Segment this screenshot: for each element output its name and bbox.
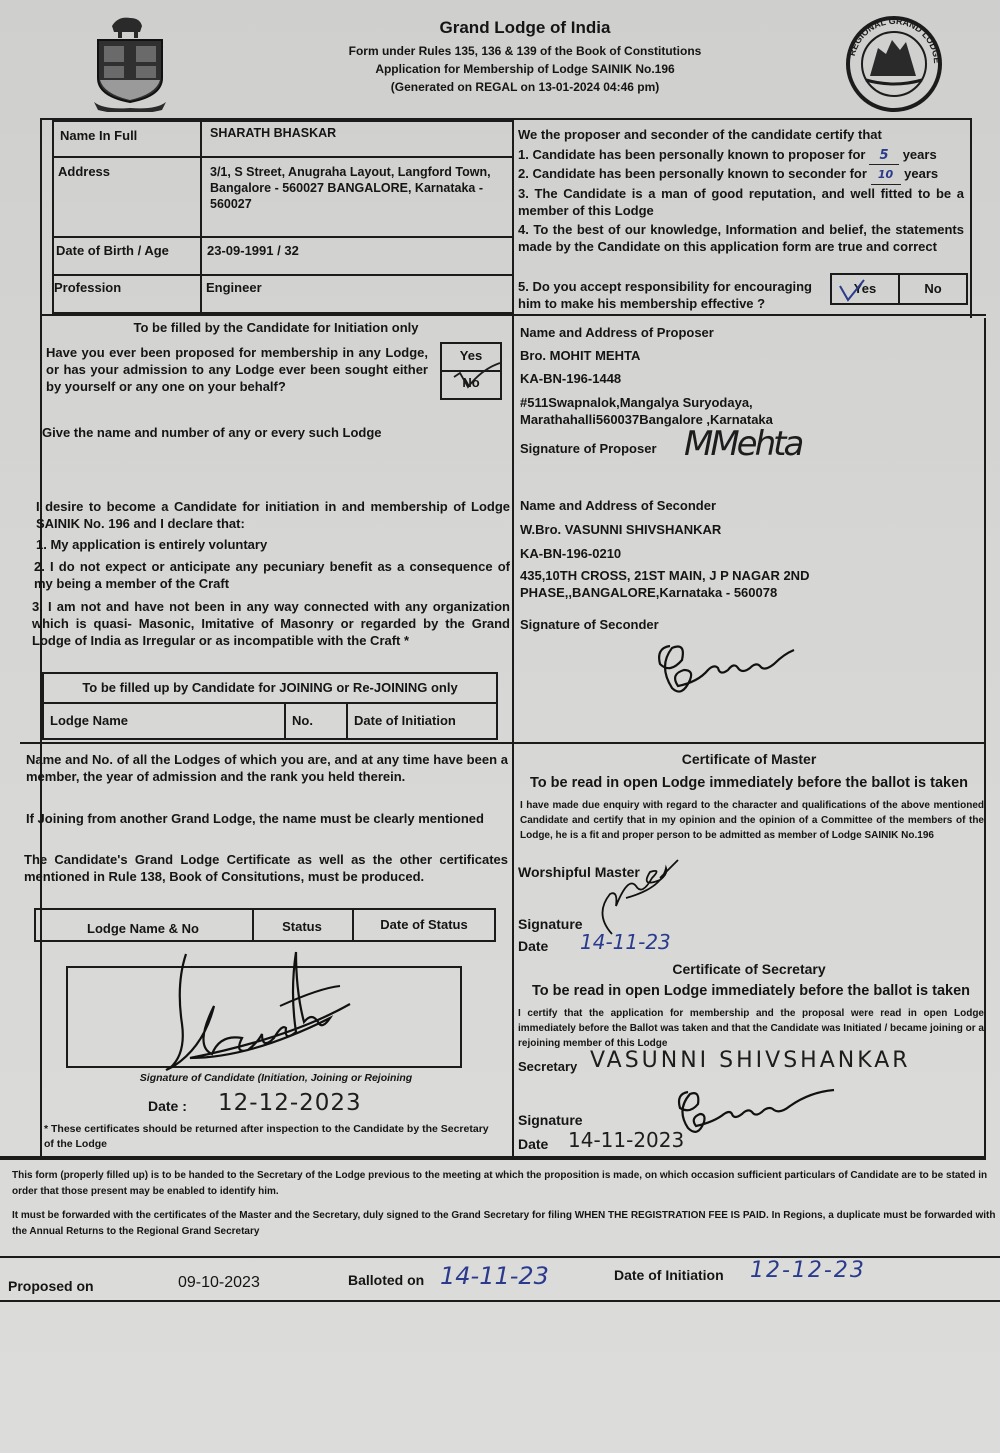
frame-right-border-top xyxy=(970,118,972,318)
name-value: SHARATH BHASKAR xyxy=(210,126,336,140)
seconder-id: KA-BN-196-0210 xyxy=(520,545,621,562)
responsibility-no-option[interactable]: No xyxy=(900,276,966,302)
candidate-signature-caption: Signature of Candidate (Initiation, Join… xyxy=(40,1072,512,1084)
bottom-section-divider xyxy=(0,1156,986,1160)
certify-item-3: 3. The Candidate is a man of good reputa… xyxy=(518,185,964,219)
declaration-intro: I desire to become a Candidate for initi… xyxy=(36,498,510,532)
certify-item-2-suffix: years xyxy=(904,166,938,181)
form-generated-line: (Generated on REGAL on 13-01-2024 04:46 … xyxy=(300,78,750,96)
secretary-cert-body: I certify that the application for membe… xyxy=(518,1006,984,1051)
profession-label: Profession xyxy=(54,280,121,295)
seconder-known-years-field[interactable]: 10 xyxy=(871,166,901,185)
joining-col-lodge-name: Lodge Name xyxy=(50,712,128,729)
declaration-item-1: 1. My application is entirely voluntary xyxy=(36,536,267,553)
profession-value: Engineer xyxy=(206,280,262,295)
membership-col-date: Date of Status xyxy=(352,916,496,933)
footer-bottom-border xyxy=(0,1300,1000,1302)
candidate-date-value: 12-12-2023 xyxy=(218,1090,362,1116)
checkmark-icon xyxy=(450,361,502,391)
seconder-address-line-1: 435,10TH CROSS, 21ST MAIN, J P NAGAR 2ND xyxy=(520,567,809,584)
secretary-cert-heading: Certificate of Secretary xyxy=(514,961,984,978)
secretary-date-label: Date xyxy=(518,1136,548,1153)
proposer-known-years-field[interactable]: 5 xyxy=(869,146,899,165)
candidate-signature xyxy=(150,944,380,1076)
joining-col-number: No. xyxy=(292,712,313,729)
secretary-date-value: 14-11-2023 xyxy=(568,1128,684,1152)
declaration-item-2: 2. I do not expect or anticipate any pec… xyxy=(34,558,510,592)
master-cert-subheading: To be read in open Lodge immediately bef… xyxy=(514,775,984,792)
address-value: 3/1, S Street, Anugraha Layout, Langford… xyxy=(210,164,500,212)
initiation-heading: To be filled by the Candidate for Initia… xyxy=(40,319,512,336)
proposer-known-years-value: 5 xyxy=(880,148,889,163)
joining-col-initiation-date: Date of Initiation xyxy=(354,712,456,729)
candidate-details-table xyxy=(52,120,514,314)
regional-grand-lodge-southern-india-seal-icon: REGIONAL GRAND LODGE xyxy=(836,14,956,114)
secretary-cert-subheading: To be read in open Lodge immediately bef… xyxy=(532,983,970,1000)
candidate-table-row-divider xyxy=(52,156,514,158)
dob-label: Date of Birth / Age xyxy=(56,243,169,258)
responsibility-yes-option[interactable]: Yes xyxy=(832,276,898,302)
membership-col-lodge: Lodge Name & No xyxy=(34,920,252,937)
balloted-on-value: 14-11-23 xyxy=(440,1262,549,1290)
membership-col-status: Status xyxy=(252,918,352,935)
certify-item-1-text: 1. Candidate has been personally known t… xyxy=(518,147,865,162)
previous-lodge-prompt: Give the name and number of any or every… xyxy=(42,424,382,441)
secretary-signature-label: Signature xyxy=(518,1112,583,1129)
proposer-id: KA-BN-196-1448 xyxy=(520,370,621,387)
candidate-table-row-divider xyxy=(52,236,514,238)
joining-table-col-divider xyxy=(346,702,348,740)
proposer-signature-label: Signature of Proposer xyxy=(520,440,657,457)
candidate-date-label: Date : xyxy=(148,1098,187,1115)
application-form-page: REGIONAL GRAND LODGE Grand Lodge of Indi… xyxy=(0,0,1000,1453)
certify-item-1-suffix: years xyxy=(903,147,937,162)
seconder-signature xyxy=(640,636,830,708)
candidate-table-col-divider xyxy=(200,120,202,314)
proposed-on-label: Proposed on xyxy=(8,1278,94,1295)
membership-history-instruction: Name and No. of all the Lodges of which … xyxy=(26,751,508,785)
proposer-name: Bro. MOHIT MEHTA xyxy=(520,347,640,364)
form-application-line: Application for Membership of Lodge SAIN… xyxy=(300,60,750,78)
proposer-heading: Name and Address of Proposer xyxy=(520,324,714,341)
certify-intro: We the proposer and seconder of the cand… xyxy=(518,126,882,143)
submission-instruction: This form (properly filled up) is to be … xyxy=(12,1168,996,1200)
mid-section-divider xyxy=(20,742,986,744)
certify-item-1: 1. Candidate has been personally known t… xyxy=(518,146,937,165)
certificate-instruction: The Candidate's Grand Lodge Certificate … xyxy=(24,851,508,885)
forwarding-instruction: It must be forwarded with the certificat… xyxy=(12,1208,996,1240)
master-signature-label: Signature xyxy=(518,916,583,933)
date-of-initiation-value: 12-12-23 xyxy=(750,1258,866,1283)
submission-instruction-text: This form (properly filled up) is to be … xyxy=(12,1168,996,1200)
proposer-signature: MMehta xyxy=(684,424,801,464)
secretary-label: Secretary xyxy=(518,1058,577,1075)
declaration-item-3: 3. I am not and have not been in any way… xyxy=(32,598,510,649)
form-rules-line: Form under Rules 135, 136 & 139 of the B… xyxy=(300,42,750,60)
secretary-signature xyxy=(670,1084,870,1156)
joining-table-col-divider xyxy=(284,702,286,740)
seconder-heading: Name and Address of Seconder xyxy=(520,497,716,514)
seconder-signature-label: Signature of Seconder xyxy=(520,616,659,633)
grand-lodge-crest-icon xyxy=(92,12,168,112)
secretary-name-value: VASUNNI SHIVSHANKAR xyxy=(590,1048,911,1073)
certify-item-5: 5. Do you accept responsibility for enco… xyxy=(518,278,828,312)
initiation-question: Have you ever been proposed for membersh… xyxy=(46,344,428,395)
master-date-label: Date xyxy=(518,938,548,955)
certificates-return-footnote: * These certificates should be returned … xyxy=(44,1122,494,1152)
proposed-on-value: 09-10-2023 xyxy=(178,1274,260,1291)
form-header: Grand Lodge of India Form under Rules 13… xyxy=(300,18,750,96)
joining-table-header-divider xyxy=(42,702,498,704)
certify-item-2-text: 2. Candidate has been personally known t… xyxy=(518,166,867,181)
date-of-initiation-label: Date of Initiation xyxy=(614,1267,724,1284)
candidate-table-row-divider xyxy=(52,274,514,276)
master-cert-body: I have made due enquiry with regard to t… xyxy=(520,798,984,843)
proposer-address-line-1: #511Swapnalok,Mangalya Suryodaya, xyxy=(520,394,753,411)
dob-value: 23-09-1991 / 32 xyxy=(207,243,299,258)
master-date-value: 14-11-23 xyxy=(580,930,671,954)
seconder-name: W.Bro. VASUNNI SHIVSHANKAR xyxy=(520,521,721,538)
master-cert-heading: Certificate of Master xyxy=(514,751,984,768)
address-label: Address xyxy=(58,164,110,179)
checkmark-icon xyxy=(838,278,868,302)
master-signature xyxy=(590,858,680,936)
seconder-known-years-value: 10 xyxy=(878,168,893,181)
frame-right-border xyxy=(984,318,986,1158)
certify-item-2: 2. Candidate has been personally known t… xyxy=(518,165,938,185)
certify-item-4: 4. To the best of our knowledge, Informa… xyxy=(518,221,964,255)
previous-proposal-no-option[interactable]: No xyxy=(442,375,500,390)
seconder-address-line-2: PHASE,,BANGALORE,Karnataka - 560078 xyxy=(520,584,777,601)
name-label: Name In Full xyxy=(60,128,137,143)
top-section-divider xyxy=(40,314,986,316)
balloted-on-label: Balloted on xyxy=(348,1272,424,1289)
joining-table-heading: To be filled up by Candidate for JOINING… xyxy=(42,679,498,696)
joining-grand-lodge-instruction: If Joining from another Grand Lodge, the… xyxy=(26,810,508,827)
form-title: Grand Lodge of India xyxy=(300,18,750,38)
